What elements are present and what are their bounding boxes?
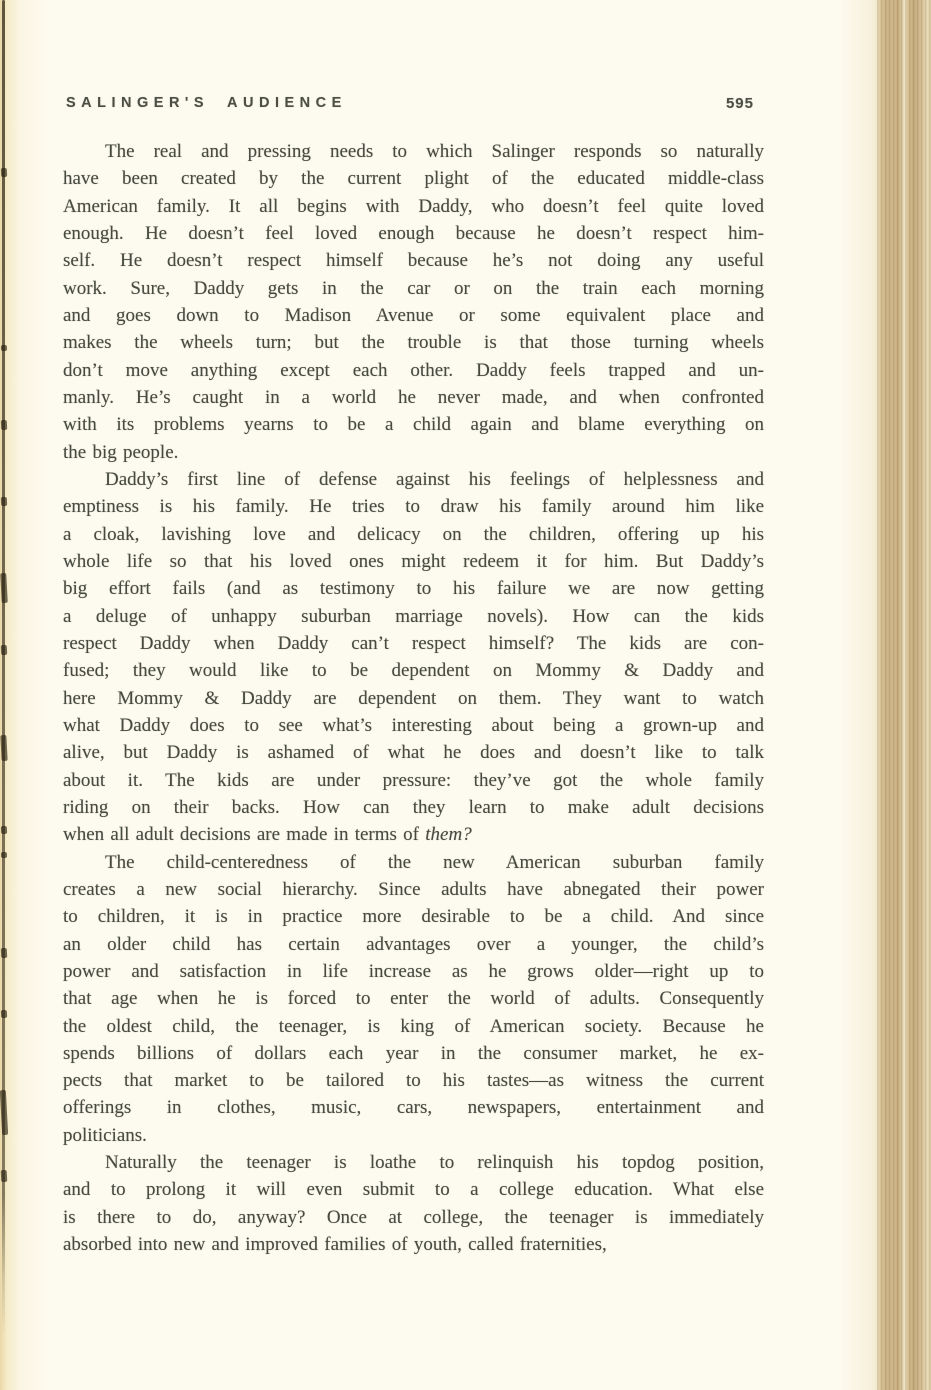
text-line: about it. The kids are under pressure: t… [63,767,764,794]
text-line: and to prolong it will even submit to a … [63,1176,764,1203]
text-line: have been created by the current plight … [63,165,764,192]
page-number: 595 [726,95,754,112]
edge-mark [1,1170,8,1182]
text-line: a cloak, lavishing love and delicacy on … [63,521,764,548]
edge-mark [1,948,8,958]
edge-mark [0,573,8,603]
text-line: is there to do, anyway? Once at college,… [63,1204,764,1231]
scanned-book-page: { "page": { "running_head": "SALINGER'S … [0,0,931,1390]
text-line: with its problems yearns to be a child a… [63,411,764,438]
text-line: the oldest child, the teenager, is king … [63,1013,764,1040]
edge-mark [1,497,7,506]
text-line: The child-centeredness of the new Americ… [63,849,764,876]
text-line: work. Sure, Daddy gets in the car or on … [63,275,764,302]
text-line: when all adult decisions are made in ter… [63,821,764,848]
binding-edge [0,0,16,1390]
text-line: to children, it is in practice more desi… [63,903,764,930]
text-line: respect Daddy when Daddy can’t respect h… [63,630,764,657]
text-line: makes the wheels turn; but the trouble i… [63,329,764,356]
chapter-title: SALINGER'S AUDIENCE [66,95,347,111]
text-line: the big people. [63,439,764,466]
book-page-edges [877,0,931,1390]
text-line: a deluge of unhappy suburban marriage no… [63,603,764,630]
text-line: pects that market to be tailored to his … [63,1067,764,1094]
text-line: big effort fails (and as testimony to hi… [63,575,764,602]
edge-mark [1,852,7,858]
text-line: that age when he is forced to enter the … [63,985,764,1012]
edge-mark [0,1090,8,1135]
text-line: fused; they would like to be dependent o… [63,657,764,684]
text-line: Daddy’s first line of defense against hi… [63,466,764,493]
text-line: politicians. [63,1122,764,1149]
text-line: creates a new social hierarchy. Since ad… [63,876,764,903]
text-line: don’t move anything except each other. D… [63,357,764,384]
text-line: power and satisfaction in life increase … [63,958,764,985]
text-line: American family. It all begins with Dadd… [63,193,764,220]
edge-mark [1,826,7,834]
edge-mark [1,345,7,351]
edge-mark [1,420,8,430]
text-line: The real and pressing needs to which Sal… [63,138,764,165]
text-line: Naturally the teenager is loathe to reli… [63,1149,764,1176]
text-line: alive, but Daddy is ashamed of what he d… [63,739,764,766]
text-line: what Daddy does to see what’s interestin… [63,712,764,739]
text-line: absorbed into new and improved families … [63,1231,764,1258]
text-line: emptiness is his family. He tries to dra… [63,493,764,520]
text-line: an older child has certain advantages ov… [63,931,764,958]
body-text: The real and pressing needs to which Sal… [63,138,764,1258]
edge-mark [1,645,8,655]
text-line: enough. He doesn’t feel loved enough bec… [63,220,764,247]
running-head: SALINGER'S AUDIENCE 595 [66,92,762,114]
text-line: offerings in clothes, music, cars, newsp… [63,1094,764,1121]
text-line: self. He doesn’t respect himself because… [63,247,764,274]
edge-mark [1,1010,7,1018]
text-line: riding on their backs. How can they lear… [63,794,764,821]
text-line: whole life so that his loved ones might … [63,548,764,575]
text-line: spends billions of dollars each year in … [63,1040,764,1067]
text-line: manly. He’s caught in a world he never m… [63,384,764,411]
text-line: here Mommy & Daddy are dependent on them… [63,685,764,712]
edge-mark [1,168,7,177]
edge-mark [0,735,7,761]
text-line: and goes down to Madison Avenue or some … [63,302,764,329]
